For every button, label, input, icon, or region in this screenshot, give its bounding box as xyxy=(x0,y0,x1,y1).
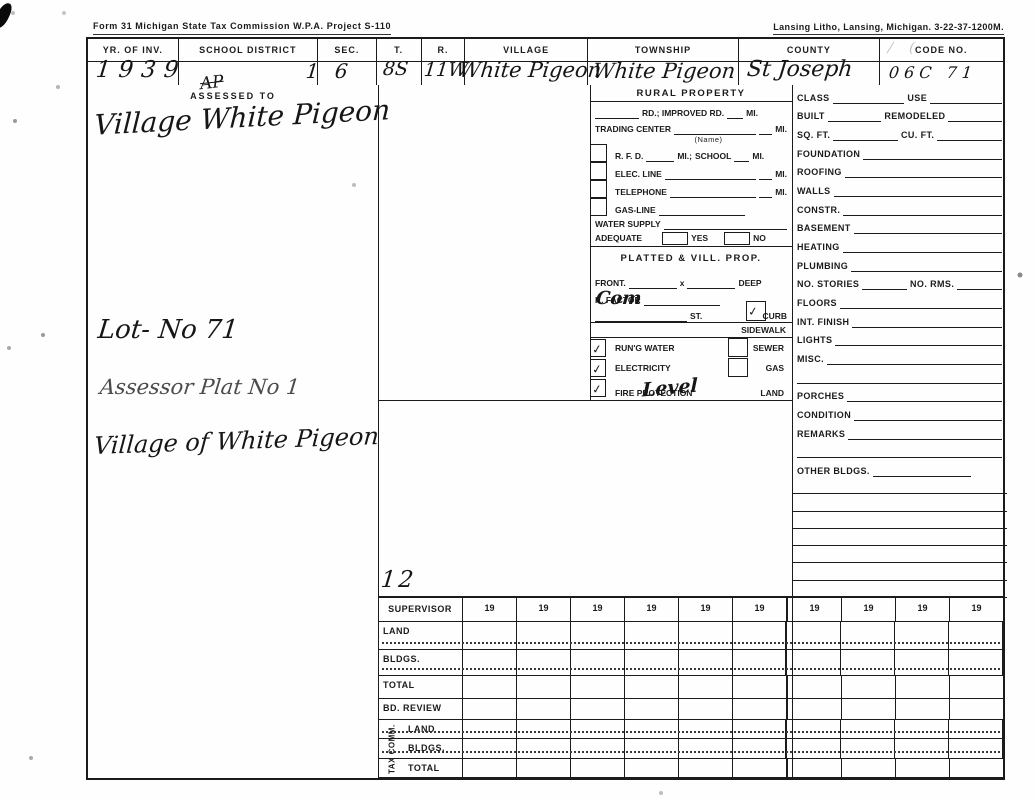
valuation-cell xyxy=(463,720,517,738)
valuation-cell xyxy=(679,720,733,738)
valuation-cell xyxy=(842,759,896,777)
valuation-cell xyxy=(895,739,949,757)
building-field-label: USE xyxy=(907,93,927,104)
building-field-row: PORCHES xyxy=(792,384,1007,403)
valuation-cell xyxy=(733,739,787,757)
valuation-cell xyxy=(949,720,1003,738)
building-field-label: INT. FINISH xyxy=(797,317,849,328)
blank-underline xyxy=(644,294,720,306)
yr-of-inv-value: 1939 xyxy=(95,57,188,83)
building-field-row: INT. FINISH xyxy=(792,309,1007,328)
valuation-cell xyxy=(517,739,571,757)
adequate-row: ADEQUATE YES NO xyxy=(590,230,792,247)
check-mark: ✓ xyxy=(591,362,606,376)
blank-underline xyxy=(659,204,745,216)
gas-line-row: GAS-LINE xyxy=(590,198,792,216)
note-assessor-plat: Assessor Plat No 1 xyxy=(99,375,301,399)
valuation-row: BLDGS. xyxy=(378,650,1003,676)
blank-underline xyxy=(759,186,772,198)
valuation-cell xyxy=(463,676,517,698)
gas-line-label: GAS-LINE xyxy=(615,205,656,216)
blank-underline xyxy=(854,409,1002,421)
year-column-header: 19 xyxy=(517,598,571,621)
scan-specks xyxy=(0,0,2,2)
building-field-label: PORCHES xyxy=(797,391,844,402)
blank-underline xyxy=(833,92,905,104)
building-field-row: REMARKS xyxy=(792,421,1007,440)
blank-underline xyxy=(797,372,1002,384)
valuation-cell xyxy=(841,650,895,675)
mi-label: MI. xyxy=(746,108,758,119)
building-field-label: NO. STORIES xyxy=(797,279,859,290)
valuation-cell xyxy=(517,650,571,675)
valuation-cell xyxy=(896,676,950,698)
valuation-cell xyxy=(463,759,517,777)
tax-comm-vertical-label: TAX COMM. xyxy=(380,723,404,775)
blank-underline xyxy=(827,353,1002,365)
mi-label: MI.; xyxy=(677,151,692,162)
building-blank-line xyxy=(792,365,1007,384)
valuation-cell xyxy=(733,622,787,649)
valuation-cell xyxy=(571,759,625,777)
valuation-cell xyxy=(733,759,787,777)
building-field-label: LIGHTS xyxy=(797,335,832,346)
valuation-cell xyxy=(896,699,950,719)
building-field-row: CLASSUSE xyxy=(792,85,1007,104)
valuation-cell xyxy=(733,650,787,675)
blank-underline xyxy=(687,277,735,289)
elec-line-label: ELEC. LINE xyxy=(615,169,662,180)
litho-imprint-line: Lansing Litho, Lansing, Michigan. 3-22-3… xyxy=(773,22,1004,35)
utility-checkbox: ✓ xyxy=(590,339,606,357)
valuation-cell xyxy=(895,650,949,675)
valuation-cell xyxy=(571,720,625,738)
valuation-cell xyxy=(733,699,787,719)
building-field-label: BASEMENT xyxy=(797,223,851,234)
building-field-label: FLOORS xyxy=(797,298,837,309)
building-field-label: CONDITION xyxy=(797,410,851,421)
valuation-cell xyxy=(787,676,842,698)
building-field-row: LIGHTS xyxy=(792,328,1007,347)
header-label: SCHOOL DISTRICT xyxy=(179,39,317,62)
mi-label: MI. xyxy=(775,187,787,198)
building-field-label: SQ. FT. xyxy=(797,130,830,141)
mi-label: MI. xyxy=(775,169,787,180)
blank-underline xyxy=(797,446,1002,458)
telephone-label: TELEPHONE xyxy=(615,187,667,198)
curb-checkbox: ✓ xyxy=(746,301,766,321)
st-label: ST. xyxy=(690,311,702,322)
code-no-pencil-marks: / ( xyxy=(887,40,921,56)
utility-right-label: GAS xyxy=(766,363,784,373)
rural-property-title: RURAL PROPERTY xyxy=(590,85,792,102)
scanned-assessment-card: Form 31 Michigan State Tax Commission W.… xyxy=(0,0,1034,800)
rfd-school-row: R. F. D. MI.; SCHOOL MI. xyxy=(590,144,792,162)
t-value: 8S xyxy=(382,58,409,80)
building-field-row: MISC. xyxy=(792,346,1007,365)
valuation-cell xyxy=(463,699,517,719)
valuation-cell xyxy=(787,759,842,777)
blank-underline xyxy=(845,166,1002,178)
ruled-blank-line xyxy=(792,529,1007,546)
valuation-cell xyxy=(625,650,679,675)
ruled-blank-line xyxy=(792,563,1007,580)
building-field-row: FLOORS xyxy=(792,290,1007,309)
dotted-entry-line xyxy=(382,751,1000,753)
code-no-value: 06C 71 xyxy=(888,63,978,82)
note-lot-number: Lot- No 71 xyxy=(96,315,239,345)
blank-underline xyxy=(759,168,772,180)
sec-value: 6 xyxy=(334,59,349,83)
blank-underline xyxy=(833,129,898,141)
blank-underline xyxy=(840,297,1002,309)
valuation-cell xyxy=(841,622,895,649)
blank-underline xyxy=(665,168,756,180)
rfd-checkbox xyxy=(590,144,607,162)
assessment-form: YR. OF INV. SCHOOL DISTRICT SEC. T. R. V… xyxy=(86,37,1005,780)
utility-right-checkbox xyxy=(728,358,748,377)
valuation-cell xyxy=(571,739,625,757)
building-field-label: PLUMBING xyxy=(797,261,848,272)
utility-right-label: LAND xyxy=(760,388,784,398)
street-value: Com xyxy=(595,288,643,309)
year-column-header: 19 xyxy=(842,598,896,621)
year-column-header: 19 xyxy=(787,598,842,621)
utility-label: ELECTRICITY xyxy=(615,363,671,373)
trading-center-label: TRADING CENTER xyxy=(595,124,671,135)
ruled-blank-line xyxy=(792,546,1007,563)
valuation-row-label: TOTAL xyxy=(378,676,463,698)
valuation-cell xyxy=(679,699,733,719)
valuation-cell xyxy=(949,622,1003,649)
sidewalk-label: SIDEWALK xyxy=(590,323,792,338)
valuation-cell xyxy=(679,759,733,777)
building-field-label: OTHER BLDGS. xyxy=(797,466,870,477)
blank-underline xyxy=(851,260,1002,272)
building-blank-line xyxy=(792,440,1007,459)
valuation-cell xyxy=(463,650,517,675)
school-district-value: 1 xyxy=(305,59,320,83)
valuation-cell xyxy=(463,622,517,649)
improved-road-label: RD.; IMPROVED RD. xyxy=(642,108,724,119)
valuation-cell xyxy=(679,650,733,675)
blank-underline xyxy=(854,222,1002,234)
elec-line-row: ELEC. LINE MI. xyxy=(590,162,792,180)
blank-underline xyxy=(930,92,1002,104)
blank-underline xyxy=(847,390,1002,402)
county-value: St Joseph xyxy=(746,57,854,82)
valuation-cell xyxy=(786,650,841,675)
yes-label: YES xyxy=(691,233,708,243)
utility-checkbox: ✓ xyxy=(590,379,606,397)
valuation-cell xyxy=(841,720,895,738)
township-value: White Pigeon xyxy=(592,59,737,83)
valuation-cell xyxy=(571,622,625,649)
valuation-cell xyxy=(896,759,950,777)
utility-right-checkbox xyxy=(728,338,748,357)
building-field-row: FOUNDATION xyxy=(792,141,1007,160)
building-field-label: NO. RMS. xyxy=(910,279,954,290)
dotted-entry-line xyxy=(382,642,1000,644)
valuation-cell xyxy=(679,676,733,698)
valuation-cell xyxy=(517,699,571,719)
valuation-cell xyxy=(949,650,1003,675)
blank-underline xyxy=(862,278,907,290)
valuation-row-label: BLDGS. xyxy=(378,650,463,675)
building-field-row: BUILTREMODELED xyxy=(792,104,1007,123)
supervisor-label: SUPERVISOR xyxy=(378,598,463,621)
mi-label: MI. xyxy=(775,124,787,135)
center-box-note: 12 xyxy=(380,567,418,593)
no-label: NO xyxy=(753,233,766,243)
curb-label: CURB xyxy=(762,311,787,322)
trading-center-row: TRADING CENTER MI. xyxy=(590,119,792,135)
valuation-cell xyxy=(625,676,679,698)
blank-underline xyxy=(937,129,1002,141)
building-field-row: PLUMBING xyxy=(792,253,1007,272)
elec-line-checkbox xyxy=(590,162,607,180)
valuation-cell xyxy=(625,739,679,757)
blank-underline xyxy=(595,107,639,119)
blank-underline xyxy=(759,123,772,135)
check-mark: ✓ xyxy=(747,304,766,318)
scan-artifact-blob xyxy=(0,1,14,31)
valuation-cell xyxy=(949,739,1003,757)
telephone-row: TELEPHONE MI. xyxy=(590,180,792,198)
divider-rural-bottom xyxy=(378,400,792,401)
utility-checkbox: ✓ xyxy=(590,359,606,377)
blank-underline xyxy=(674,123,756,135)
building-field-row: SQ. FT.CU. FT. xyxy=(792,122,1007,141)
check-mark: ✓ xyxy=(591,382,606,396)
valuation-row-label: BD. REVIEW xyxy=(378,699,463,719)
rfd-label: R. F. D. xyxy=(615,151,643,162)
blank-underline xyxy=(948,110,1002,122)
deep-label: DEEP xyxy=(738,278,761,289)
valuation-header-row: SUPERVISOR19191919191919191919 xyxy=(378,598,1003,622)
year-column-header: 19 xyxy=(571,598,625,621)
utility-label: RUN'G WATER xyxy=(615,343,674,353)
blank-underline xyxy=(835,334,1002,346)
valuation-cell xyxy=(733,720,787,738)
building-field-label: ROOFING xyxy=(797,167,842,178)
dotted-entry-line xyxy=(382,731,1000,733)
building-field-label: MISC. xyxy=(797,354,824,365)
building-field-row: NO. STORIESNO. RMS. xyxy=(792,272,1007,291)
building-details-panel: CLASSUSEBUILTREMODELEDSQ. FT.CU. FT.FOUN… xyxy=(792,85,1007,477)
valuation-table: SUPERVISOR19191919191919191919LANDBLDGS.… xyxy=(378,596,1003,778)
blank-underline xyxy=(873,465,971,477)
water-supply-row: WATER SUPPLY xyxy=(590,216,792,230)
building-field-row: CONSTR. xyxy=(792,197,1007,216)
year-column-header: 19 xyxy=(679,598,733,621)
building-field-row: WALLS xyxy=(792,178,1007,197)
valuation-cell xyxy=(625,622,679,649)
building-field-row: CONDITION xyxy=(792,402,1007,421)
valuation-cell xyxy=(625,720,679,738)
adequate-yes-checkbox xyxy=(662,232,688,245)
ruled-blank-line xyxy=(792,512,1007,529)
telephone-checkbox xyxy=(590,180,607,198)
other-bldgs-blank-lines xyxy=(792,477,1007,598)
building-field-row: ROOFING xyxy=(792,160,1007,179)
front-deep-row: FRONT. x DEEP xyxy=(590,269,792,289)
blank-underline xyxy=(843,241,1002,253)
valuation-cell xyxy=(842,676,896,698)
blank-underline xyxy=(727,107,743,119)
dotted-entry-line xyxy=(382,668,1000,670)
blank-underline xyxy=(664,218,787,230)
valuation-cell xyxy=(950,676,1003,698)
year-column-header: 19 xyxy=(625,598,679,621)
building-field-label: WALLS xyxy=(797,186,831,197)
building-field-label: CLASS xyxy=(797,93,830,104)
ruled-blank-line xyxy=(792,477,1007,494)
year-column-header: 19 xyxy=(896,598,950,621)
blank-underline xyxy=(834,185,1003,197)
building-field-row: OTHER BLDGS. xyxy=(792,458,1007,477)
valuation-cell xyxy=(517,720,571,738)
platted-vill-prop-title: PLATTED & VILL. PROP. xyxy=(590,247,792,269)
blank-underline xyxy=(843,204,1002,216)
adequate-label: ADEQUATE xyxy=(595,233,642,243)
village-value: White Pigeon xyxy=(458,58,603,82)
valuation-row-label: LAND xyxy=(378,622,463,649)
valuation-cell xyxy=(786,622,841,649)
tax-comm-row: TOTAL xyxy=(378,759,1003,778)
valuation-row: BD. REVIEW xyxy=(378,699,1003,720)
blank-underline xyxy=(734,150,749,162)
valuation-cell xyxy=(895,720,949,738)
water-supply-label: WATER SUPPLY xyxy=(595,219,661,230)
blank-underline xyxy=(863,148,1002,160)
valuation-cell xyxy=(787,699,842,719)
valuation-row: LAND xyxy=(378,622,1003,650)
valuation-cell xyxy=(517,676,571,698)
building-field-row: HEATING xyxy=(792,234,1007,253)
improved-road-row: RD.; IMPROVED RD. MI. xyxy=(590,102,792,119)
mi-label: MI. xyxy=(752,151,764,162)
rural-property-panel: RURAL PROPERTY RD.; IMPROVED RD. MI. TRA… xyxy=(590,85,792,400)
blank-underline xyxy=(828,110,882,122)
valuation-cell xyxy=(950,759,1003,777)
tax-comm-row: BLDGS. xyxy=(378,739,1003,758)
valuation-cell xyxy=(841,739,895,757)
valuation-cell xyxy=(625,699,679,719)
valuation-cell xyxy=(786,739,841,757)
valuation-cell xyxy=(895,622,949,649)
building-field-label: REMARKS xyxy=(797,429,845,440)
valuation-cell xyxy=(842,699,896,719)
street-blank-underline xyxy=(595,310,687,322)
valuation-cell xyxy=(517,622,571,649)
gas-line-checkbox xyxy=(590,198,607,216)
valuation-cell xyxy=(571,676,625,698)
utility-row: ✓RUN'G WATERSEWER xyxy=(590,338,792,358)
blank-underline xyxy=(852,316,1002,328)
school-label: SCHOOL xyxy=(695,151,731,162)
note-village: Village of White Pigeon xyxy=(93,422,380,460)
year-column-header: 19 xyxy=(733,598,787,621)
building-field-label: REMODELED xyxy=(884,111,945,122)
building-field-label: CONSTR. xyxy=(797,205,840,216)
valuation-cell xyxy=(517,759,571,777)
blank-underline xyxy=(670,186,756,198)
valuation-cell xyxy=(733,676,787,698)
building-field-row: BASEMENT xyxy=(792,216,1007,235)
x-label: x xyxy=(680,278,685,289)
valuation-cell xyxy=(679,739,733,757)
valuation-cell xyxy=(463,739,517,757)
utility-right-label: SEWER xyxy=(753,343,784,353)
blank-underline xyxy=(848,428,1002,440)
valuation-cell xyxy=(571,699,625,719)
building-field-label: HEATING xyxy=(797,242,840,253)
blank-underline xyxy=(646,150,674,162)
year-column-header: 19 xyxy=(950,598,1003,621)
tax-comm-row: LAND xyxy=(378,720,1003,739)
valuation-cell xyxy=(679,622,733,649)
valuation-cell xyxy=(786,720,841,738)
valuation-cell xyxy=(625,759,679,777)
valuation-row: TOTAL xyxy=(378,676,1003,699)
valuation-cell xyxy=(571,650,625,675)
valuation-cell xyxy=(950,699,1003,719)
building-field-label: FOUNDATION xyxy=(797,149,860,160)
adequate-no-checkbox xyxy=(724,232,750,245)
trading-center-name-sub: (Name) xyxy=(590,135,792,144)
year-column-header: 19 xyxy=(463,598,517,621)
check-mark: ✓ xyxy=(591,342,606,356)
form-title-line: Form 31 Michigan State Tax Commission W.… xyxy=(93,21,391,35)
building-field-label: CU. FT. xyxy=(901,130,934,141)
blank-underline xyxy=(957,278,1002,290)
building-field-label: BUILT xyxy=(797,111,825,122)
ruled-blank-line xyxy=(792,494,1007,511)
